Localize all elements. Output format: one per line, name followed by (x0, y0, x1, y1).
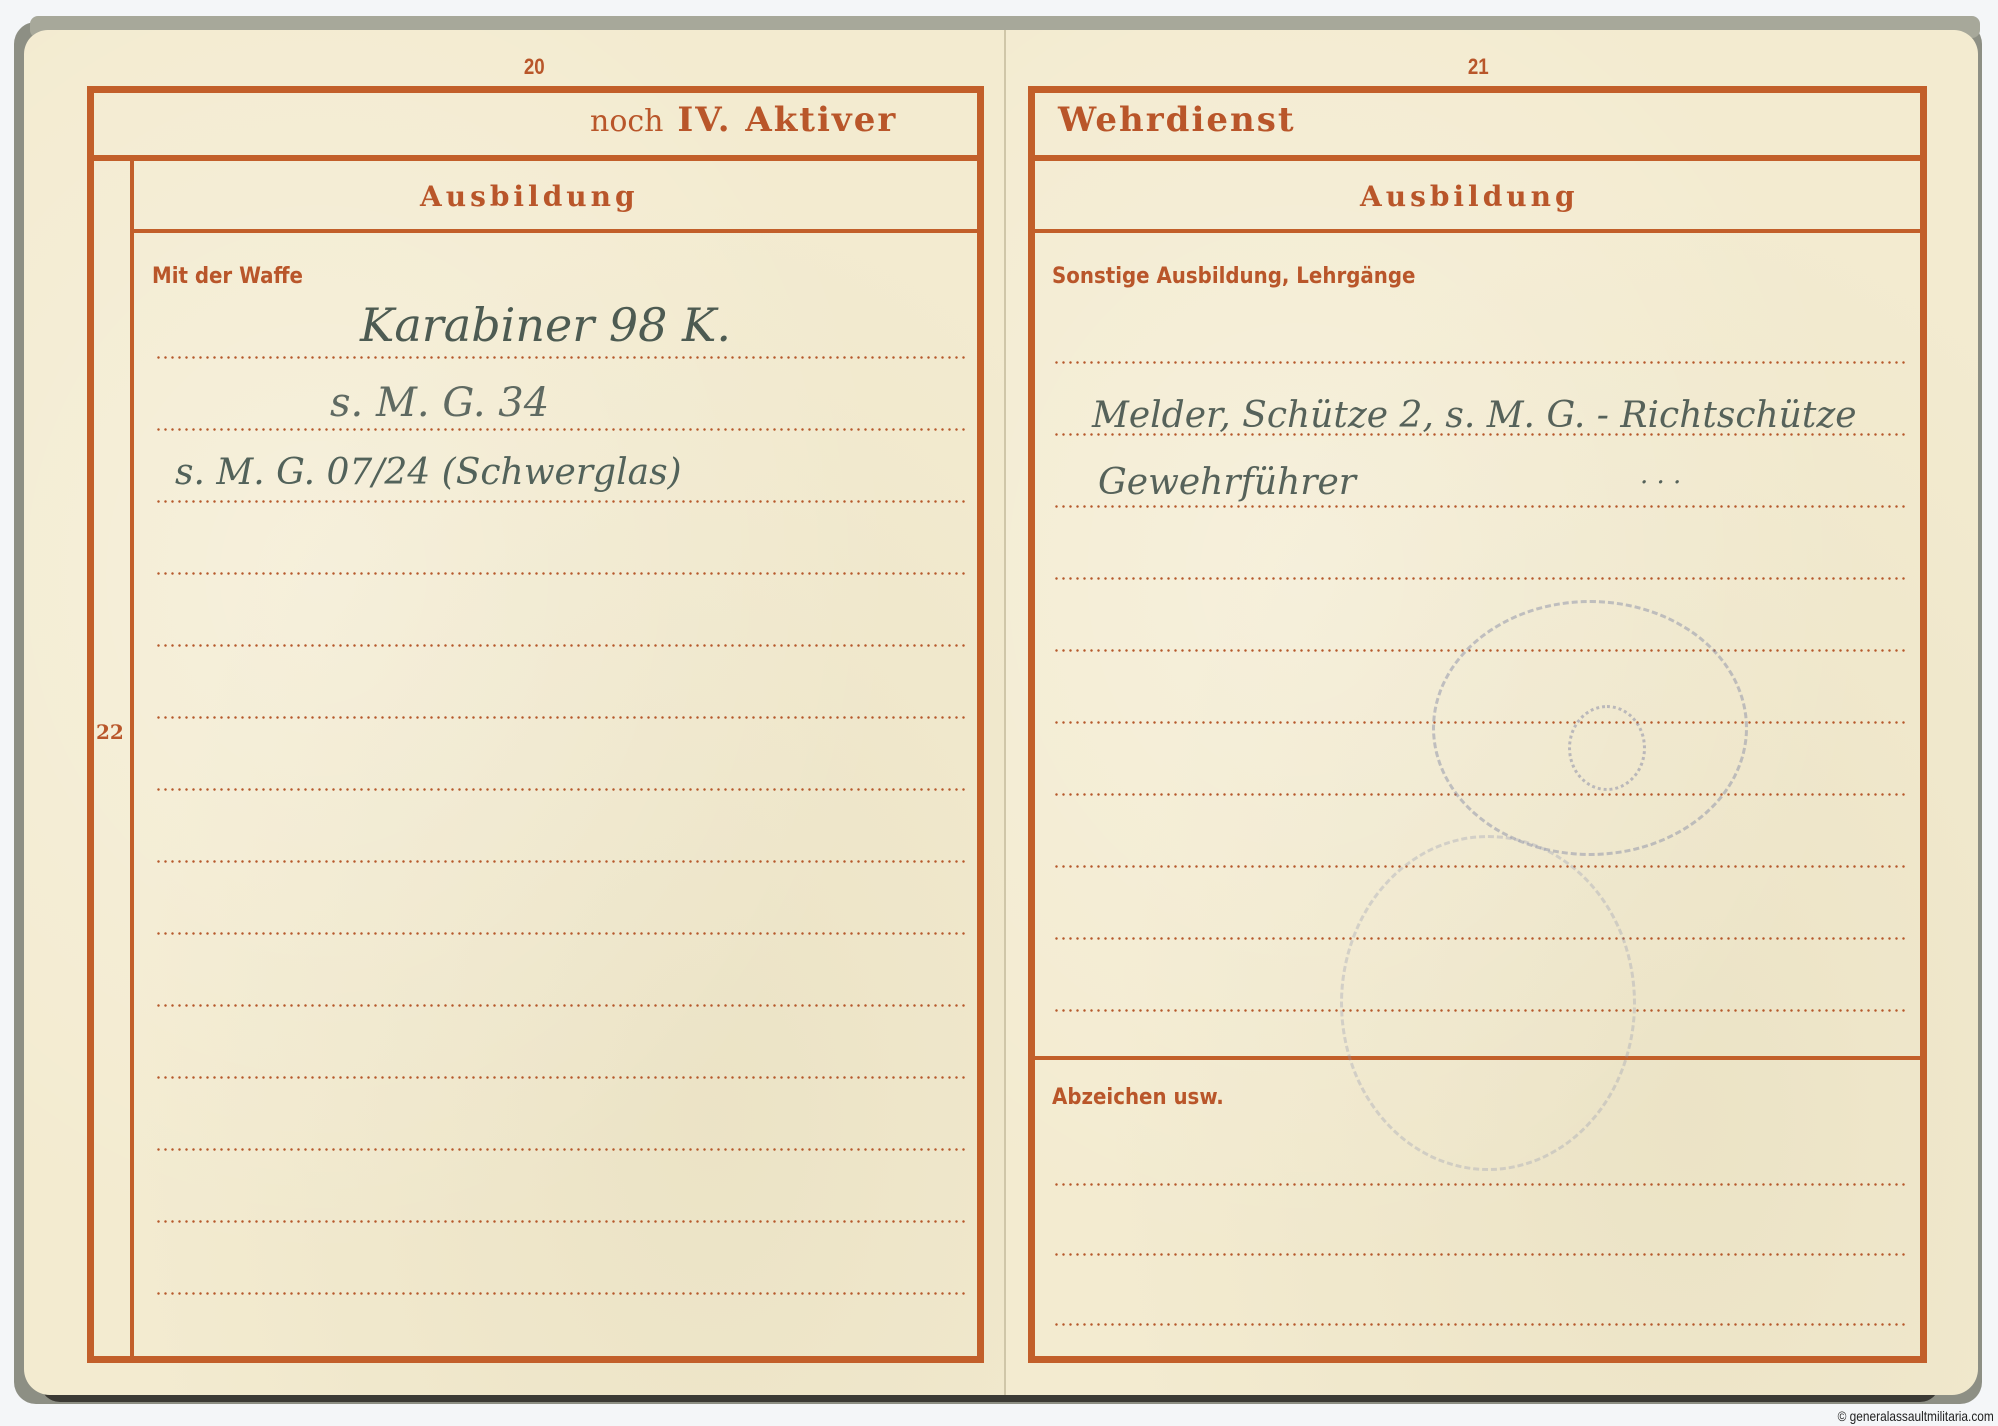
watermark: © generalassaultmilitaria.com (1838, 1408, 1994, 1424)
right-page-number: 21 (1468, 54, 1489, 80)
right-section-title: Ausbildung (1360, 180, 1579, 213)
weapon-field-label: Mit der Waffe (152, 264, 303, 289)
weapon-entry-1: Karabiner 98 K. (360, 298, 731, 352)
stamp-eagle-emblem (1568, 705, 1646, 791)
header-prefix: noch (590, 104, 664, 139)
left-page-number: 20 (524, 54, 545, 80)
training-entry-marks: . . . (1640, 460, 1681, 490)
training-entry-2: Gewehrführer (1098, 462, 1356, 503)
unit-stamp-lower (1340, 835, 1636, 1171)
left-section-title: Ausbildung (420, 180, 639, 213)
left-header-title: noch IV. Aktiver (590, 100, 897, 140)
training-entry-1: Melder, Schütze 2, s. M. G. - Richtschüt… (1092, 395, 1857, 436)
side-column-number: 22 (96, 720, 124, 744)
right-header-title: Wehrdienst (1058, 100, 1296, 140)
left-page (24, 30, 1006, 1395)
book-spine (1004, 30, 1006, 1395)
header-main: IV. Aktiver (677, 100, 897, 140)
weapon-entry-2: s. M. G. 34 (330, 380, 549, 426)
weapon-entry-3: s. M. G. 07/24 (Schwerglas) (175, 452, 682, 493)
other-training-label: Sonstige Ausbildung, Lehrgänge (1052, 264, 1415, 289)
badges-label: Abzeichen usw. (1052, 1085, 1224, 1110)
